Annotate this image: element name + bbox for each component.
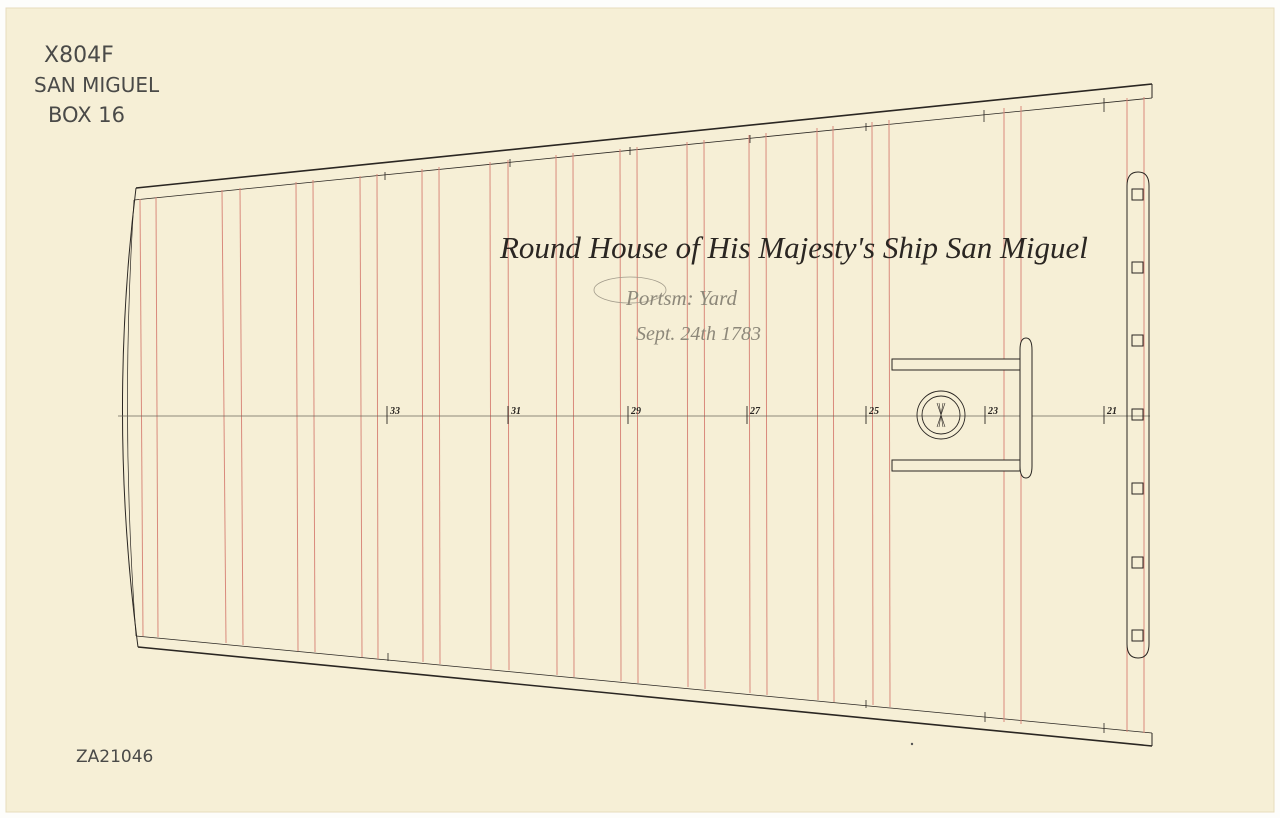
catalog-ship: SAN MIGUEL	[34, 73, 160, 97]
ink-speck	[911, 743, 913, 745]
station-label: 29	[630, 406, 641, 417]
station-label: 21	[1106, 406, 1117, 417]
plan-sheet: X804F SAN MIGUEL BOX 16 ZA21046	[0, 0, 1280, 818]
drawing-title: Round House of His Majesty's Ship San Mi…	[499, 230, 1088, 265]
catalog-ref: X804F	[44, 43, 114, 68]
yard-name: Portsm: Yard	[625, 286, 738, 310]
catalog-box: BOX 16	[48, 103, 125, 127]
station-label: 31	[510, 406, 521, 417]
drawing-date: Sept. 24th 1783	[636, 323, 761, 345]
station-label: 27	[749, 406, 761, 417]
accession-number: ZA21046	[76, 747, 153, 767]
station-label: 25	[868, 406, 879, 417]
station-label: 33	[389, 406, 400, 417]
station-label: 23	[987, 406, 998, 417]
